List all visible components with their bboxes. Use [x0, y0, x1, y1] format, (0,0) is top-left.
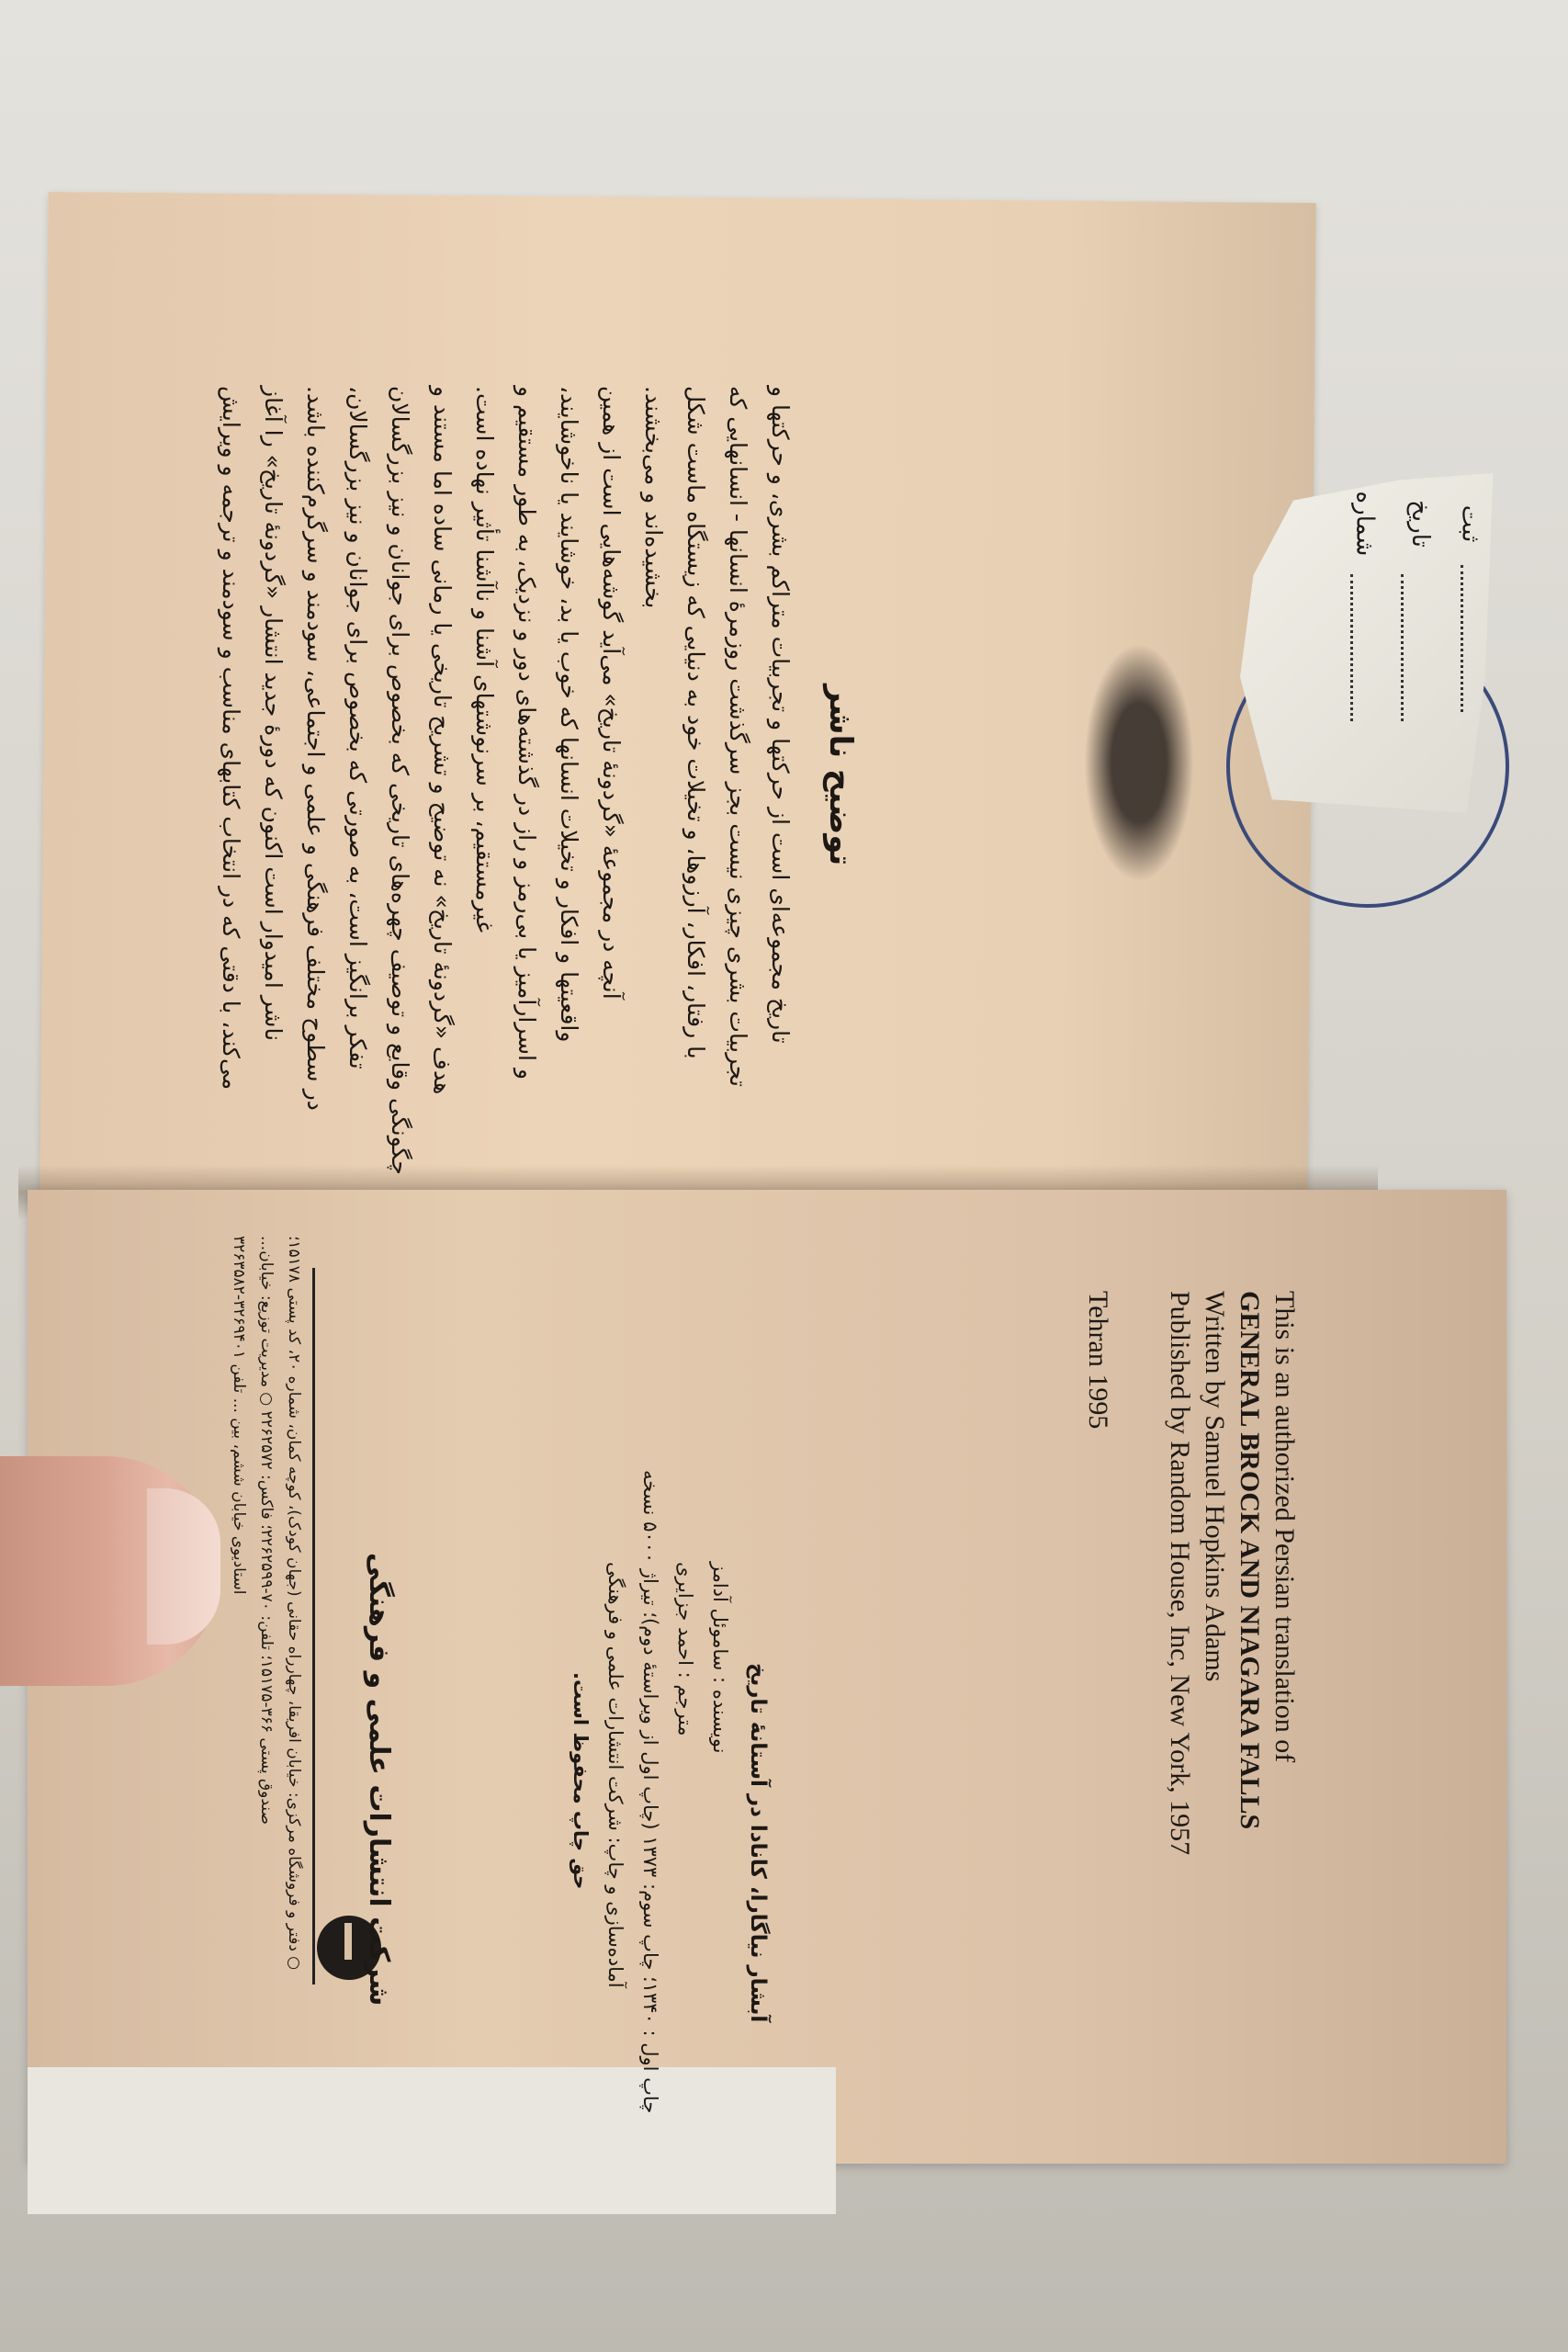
paragraph-line: بخشیده‌اند و می‌بخشند. [632, 386, 674, 608]
publisher-address-line-1: ○ دفتر و فروشگاه مرکزی: خیابان افریقا، چ… [285, 1236, 303, 1970]
publisher-name: شرکت انتشارات علمی و فرهنگی [363, 1553, 395, 2006]
colophon-prepress: آماده‌سازی و چاپ: شرکت انتشارات علمی و ف… [604, 1562, 626, 1988]
publisher-address-line-3: استادیوی خیابان ششم، بین ... تلفن ۳۲۶۹۴۰… [230, 1236, 248, 1594]
paragraph-line: تاریخ مجموعه‌ای است از حرکتها و تجربیات … [759, 386, 801, 1044]
paragraph-line: و اسرارآمیز یا بی‌رمز و راز در گذشته‌های… [505, 386, 547, 1080]
colophon-translator-label: مترجم [674, 1684, 696, 1736]
english-city-year: Tehran 1995 [1079, 1291, 1116, 1429]
colophon-author-value: ساموئل آدامز [709, 1562, 731, 1670]
colophon-author-row: نویسنده : ساموئل آدامز [709, 1562, 731, 1753]
slip-dotted-line [1350, 574, 1353, 721]
colophon-translator-row: مترجم : احمد جزایری [674, 1562, 696, 1736]
paragraph-line: آنچه در مجموعهٔ «گردونهٔ تاریخ» می‌آید گ… [590, 386, 632, 1000]
slip-label-1: ثبت [1456, 505, 1483, 543]
slip-label-3: شماره [1350, 492, 1378, 557]
english-line-title: GENERAL BROCK AND NIAGARA FALLS [1231, 1291, 1268, 1829]
thumbnail [147, 1488, 220, 1645]
paragraph-line: تجربیات بشری چیزی نیست بجز سرگذشت روزمره… [716, 386, 759, 1087]
english-line-1: This is an authorized Persian translatio… [1266, 1291, 1303, 1762]
page-heading: توضیح ناشر [822, 684, 859, 865]
colophon-edition-value: ۱۳۴۰؛ چاپ سوم: ۱۳۷۳ (چاپ اول از ویراستهٔ… [639, 1470, 661, 2024]
publisher-address-line-2: صندوق پستی ۳۶۶-۱۵۱۷۵؛ تلفن: ۷۰-۲۲۶۲۵۹۹؛ … [257, 1236, 276, 1825]
paragraph-line: هدف «گردونهٔ تاریخ» نه توضیح و تشریح تار… [421, 386, 463, 1094]
publisher-rule [312, 1268, 315, 1984]
colophon-rights: حق چاپ محفوظ است. [570, 1672, 592, 1889]
slip-dotted-line [1461, 565, 1463, 712]
paragraph-line: می‌کند، با دقتی که در انتخاب کتابهای منا… [209, 386, 252, 1090]
colophon-edition-label: چاپ اول [639, 2042, 661, 2113]
colophon-author-label: نویسنده [709, 1690, 731, 1754]
paragraph-line: در سطوح مختلف فرهنگی و علمی و اجتماعی، س… [294, 386, 336, 1111]
english-line-author: Written by Samuel Hopkins Adams [1196, 1291, 1233, 1681]
back-cover-edge [28, 2067, 836, 2214]
paragraph-line: ناشر امیدوار است اکنون که دورهٔ جدید انت… [252, 386, 294, 1041]
slip-label-2: تاریخ [1406, 500, 1434, 548]
bismillah-calligraphy-icon [1084, 643, 1194, 882]
paragraph-line: غیرمستقیم، بر سرنوشتهای آشنا و ناآشنا تأ… [463, 386, 505, 933]
colophon-translator-value: احمد جزایری [674, 1562, 696, 1666]
paragraph-line: چگونگی وقایع و توصیف چهره‌های تاریخی که … [378, 386, 421, 1175]
paragraph-line: با رفتار، افکار، آرزوها، و تخیلات خود به… [674, 386, 716, 1059]
paragraph-line: تفکر برانگیز است، به صورتی که بخصوص برای… [336, 386, 378, 1069]
slip-dotted-line [1401, 574, 1404, 721]
english-line-publisher: Published by Random House, Inc, New York… [1161, 1291, 1198, 1855]
colophon-title: آبشار نیاگارا، کانادا در آستانهٔ تاریخ [746, 1663, 770, 2022]
paragraph-line: واقعیتها و افکار و تخیلات انسانها که خوب… [547, 386, 590, 1042]
colophon-edition-row: چاپ اول : ۱۳۴۰؛ چاپ سوم: ۱۳۷۳ (چاپ اول ا… [639, 1470, 661, 2113]
